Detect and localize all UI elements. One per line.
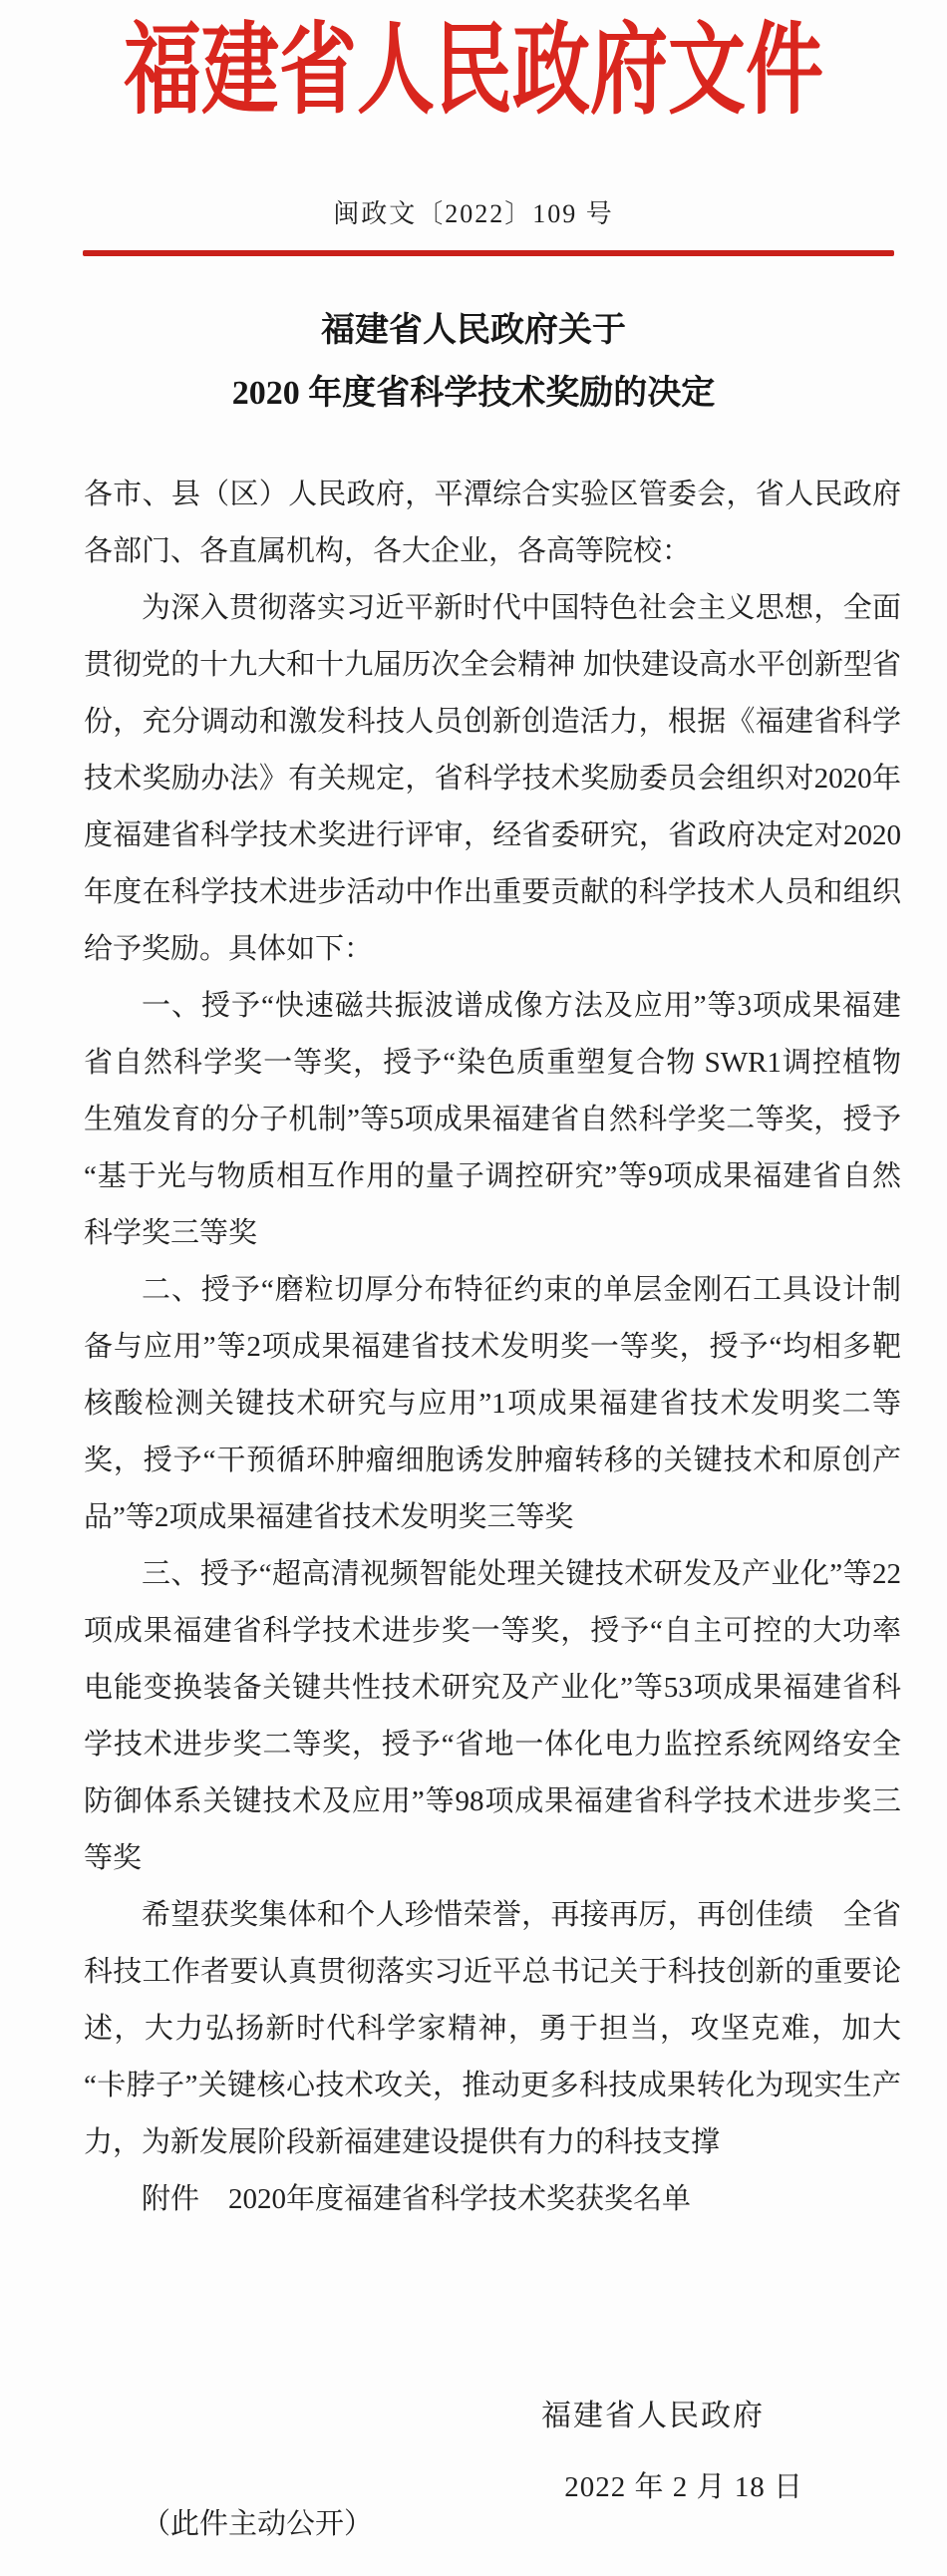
attachment-line: 附件 2020年度福建省科学技术奖获奖名单 [84, 2171, 901, 2228]
signature-date: 2022 年 2 月 18 日 [564, 2469, 803, 2505]
disclosure-note: （此件主动公开） [142, 2506, 373, 2542]
paragraph-sci-tech-progress-awards: 三、授予“超高清视频智能处理关键技术研发及产业化”等22项成果福建省科学技术进步… [84, 1546, 901, 1887]
salutation-line: 各市、县（区）人民政府，平潭综合实验区管委会，省人民政府各部门、各直属机构，各大… [84, 467, 901, 580]
paragraph-encouragement: 希望获奖集体和个人珍惜荣誉，再接再厉，再创佳绩 全省科技工作者要认真贯彻落实习近… [84, 1887, 901, 2171]
document-number: 闽政文〔2022〕109 号 [0, 197, 947, 231]
document-page: 福建省人民政府文件 闽政文〔2022〕109 号 福建省人民政府关于 2020 … [0, 0, 947, 2576]
document-title-line1: 福建省人民政府关于 [0, 299, 947, 362]
document-title-line2: 2020 年度省科学技术奖励的决定 [0, 362, 947, 425]
red-divider-line [83, 250, 894, 256]
document-body: 各市、县（区）人民政府，平潭综合实验区管委会，省人民政府各部门、各直属机构，各大… [84, 467, 901, 2228]
document-masthead-title: 福建省人民政府文件 [0, 20, 947, 122]
document-title: 福建省人民政府关于 2020 年度省科学技术奖励的决定 [0, 299, 947, 425]
paragraph-preamble: 为深入贯彻落实习近平新时代中国特色社会主义思想，全面贯彻党的十九大和十九届历次全… [84, 580, 901, 978]
signature-issuer: 福建省人民政府 [541, 2399, 765, 2434]
paragraph-technical-invention-awards: 二、授予“磨粒切厚分布特征约束的单层金刚石工具设计制备与应用”等2项成果福建省技… [84, 1262, 901, 1546]
paragraph-natural-science-awards: 一、授予“快速磁共振波谱成像方法及应用”等3项成果福建省自然科学奖一等奖，授予“… [84, 978, 901, 1262]
